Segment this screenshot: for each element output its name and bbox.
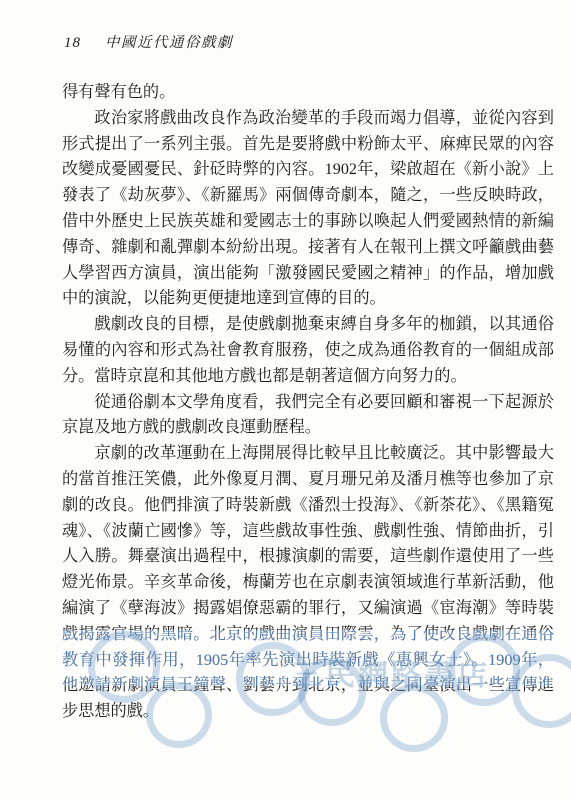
paragraph: 京劇的改革運動在上海開展得比較早且比較廣泛。其中影響最大的當首推汪笑儂，此外像夏…	[62, 441, 554, 725]
book-page: 18 中國近代通俗戲劇 得有聲有色的。 政治家將戲曲改良作為政治變革的手段而竭力…	[0, 0, 571, 800]
page-header: 18 中國近代通俗戲劇	[64, 31, 233, 52]
paragraph: 戲劇改良的目標，是使戲劇拋棄束縛自身多年的枷鎖，以其通俗易懂的內容和形式為社會教…	[62, 312, 554, 389]
body-text: 得有聲有色的。 政治家將戲曲改良作為政治變革的手段而竭力倡導，並從內容到形式提出…	[62, 80, 554, 725]
paragraph-continuation: 得有聲有色的。	[62, 80, 554, 106]
paragraph: 政治家將戲曲改良作為政治變革的手段而竭力倡導，並從內容到形式提出了一系列主張。首…	[62, 106, 554, 312]
page-number: 18	[64, 35, 81, 52]
book-title: 中國近代通俗戲劇	[105, 31, 233, 52]
paragraph: 從通俗劇本文學角度看，我們完全有必要回顧和審視一下起源於京崑及地方戲的戲劇改良運…	[62, 390, 554, 442]
